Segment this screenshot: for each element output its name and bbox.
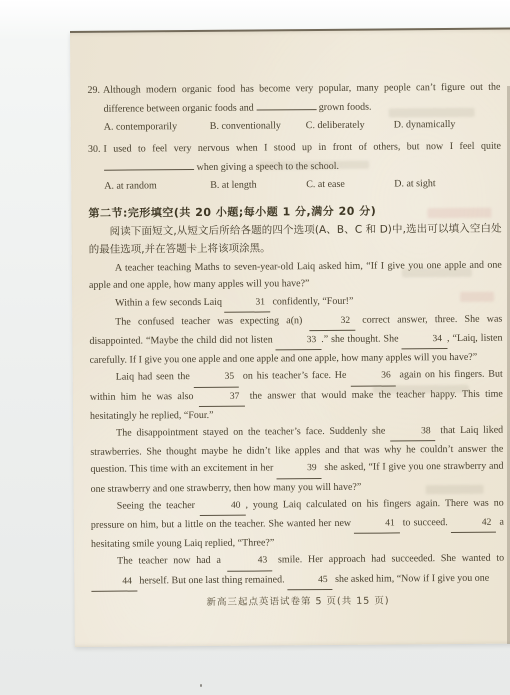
cloze-blank-31: 31	[224, 294, 270, 313]
passage-paragraph-3: The confused teacher was expecting a(n) …	[89, 310, 502, 369]
cloze-blank-33: 33	[276, 332, 322, 351]
cloze-passage: A teacher teaching Maths to seven-year-o…	[89, 257, 505, 592]
scan-speck	[200, 684, 202, 687]
passage-paragraph-6: Seeing the teacher 40, young Laiq calcul…	[91, 494, 504, 553]
cloze-blank-36: 36	[350, 368, 396, 387]
bleed-through-mark	[402, 268, 472, 278]
cloze-blank-40: 40	[200, 497, 246, 516]
cloze-blank-37: 37	[199, 388, 245, 407]
option-30-d: D. at sight	[394, 175, 501, 194]
cloze-blank-45: 45	[287, 572, 333, 591]
bleed-through-mark	[426, 485, 484, 494]
bleed-through-mark	[259, 161, 369, 170]
bleed-through-mark	[460, 292, 494, 302]
question-30: 30.I used to feel very nervous when I st…	[88, 138, 501, 178]
cloze-blank-38: 38	[390, 423, 436, 442]
cloze-blank-43: 43	[227, 553, 273, 572]
option-30-c: C. at ease	[306, 175, 394, 193]
exam-paper-page: 29.Although modern organic food has beco…	[70, 27, 510, 646]
section-instructions: 阅读下面短文,从短文后所给各题的四个选项(A、B、C 和 D)中,选出可以填入空…	[89, 219, 502, 260]
option-29-b: B. conventionally	[210, 117, 306, 136]
question-29-options: A. contemporarily B. conventionally C. d…	[88, 115, 501, 136]
cloze-blank-42: 42	[451, 515, 497, 534]
question-30-number: 30.	[88, 144, 104, 155]
cloze-blank-32: 32	[309, 313, 355, 332]
page-footer: 新高三起点英语试卷第 5 页(共 15 页)	[91, 591, 504, 612]
bleed-through-mark	[373, 385, 469, 394]
page-content: 29.Although modern organic food has beco…	[87, 79, 504, 613]
cloze-blank-41: 41	[354, 515, 400, 534]
cloze-blank-35: 35	[194, 369, 240, 388]
bleed-through-mark	[427, 208, 491, 219]
bleed-through-mark	[389, 108, 475, 118]
option-30-a: A. at random	[104, 177, 210, 196]
option-30-b: B. at length	[210, 176, 306, 195]
question-29-number: 29.	[87, 85, 103, 96]
cloze-blank-44: 44	[91, 573, 137, 592]
answer-blank-line	[104, 158, 194, 171]
passage-paragraph-4: Laiq had seen the 35 on his teacher’s fa…	[90, 366, 503, 425]
option-29-d: D. dynamically	[394, 115, 501, 134]
question-30-options: A. at random B. at length C. at ease D. …	[88, 175, 501, 196]
cloze-blank-39: 39	[276, 460, 322, 479]
option-29-c: C. deliberately	[306, 116, 394, 134]
answer-blank-line	[256, 98, 316, 110]
option-29-a: A. contemporarily	[104, 117, 210, 136]
cloze-blank-34: 34	[401, 331, 447, 350]
passage-paragraph-7: The teacher now had a 43 smile. Her appr…	[91, 550, 504, 592]
